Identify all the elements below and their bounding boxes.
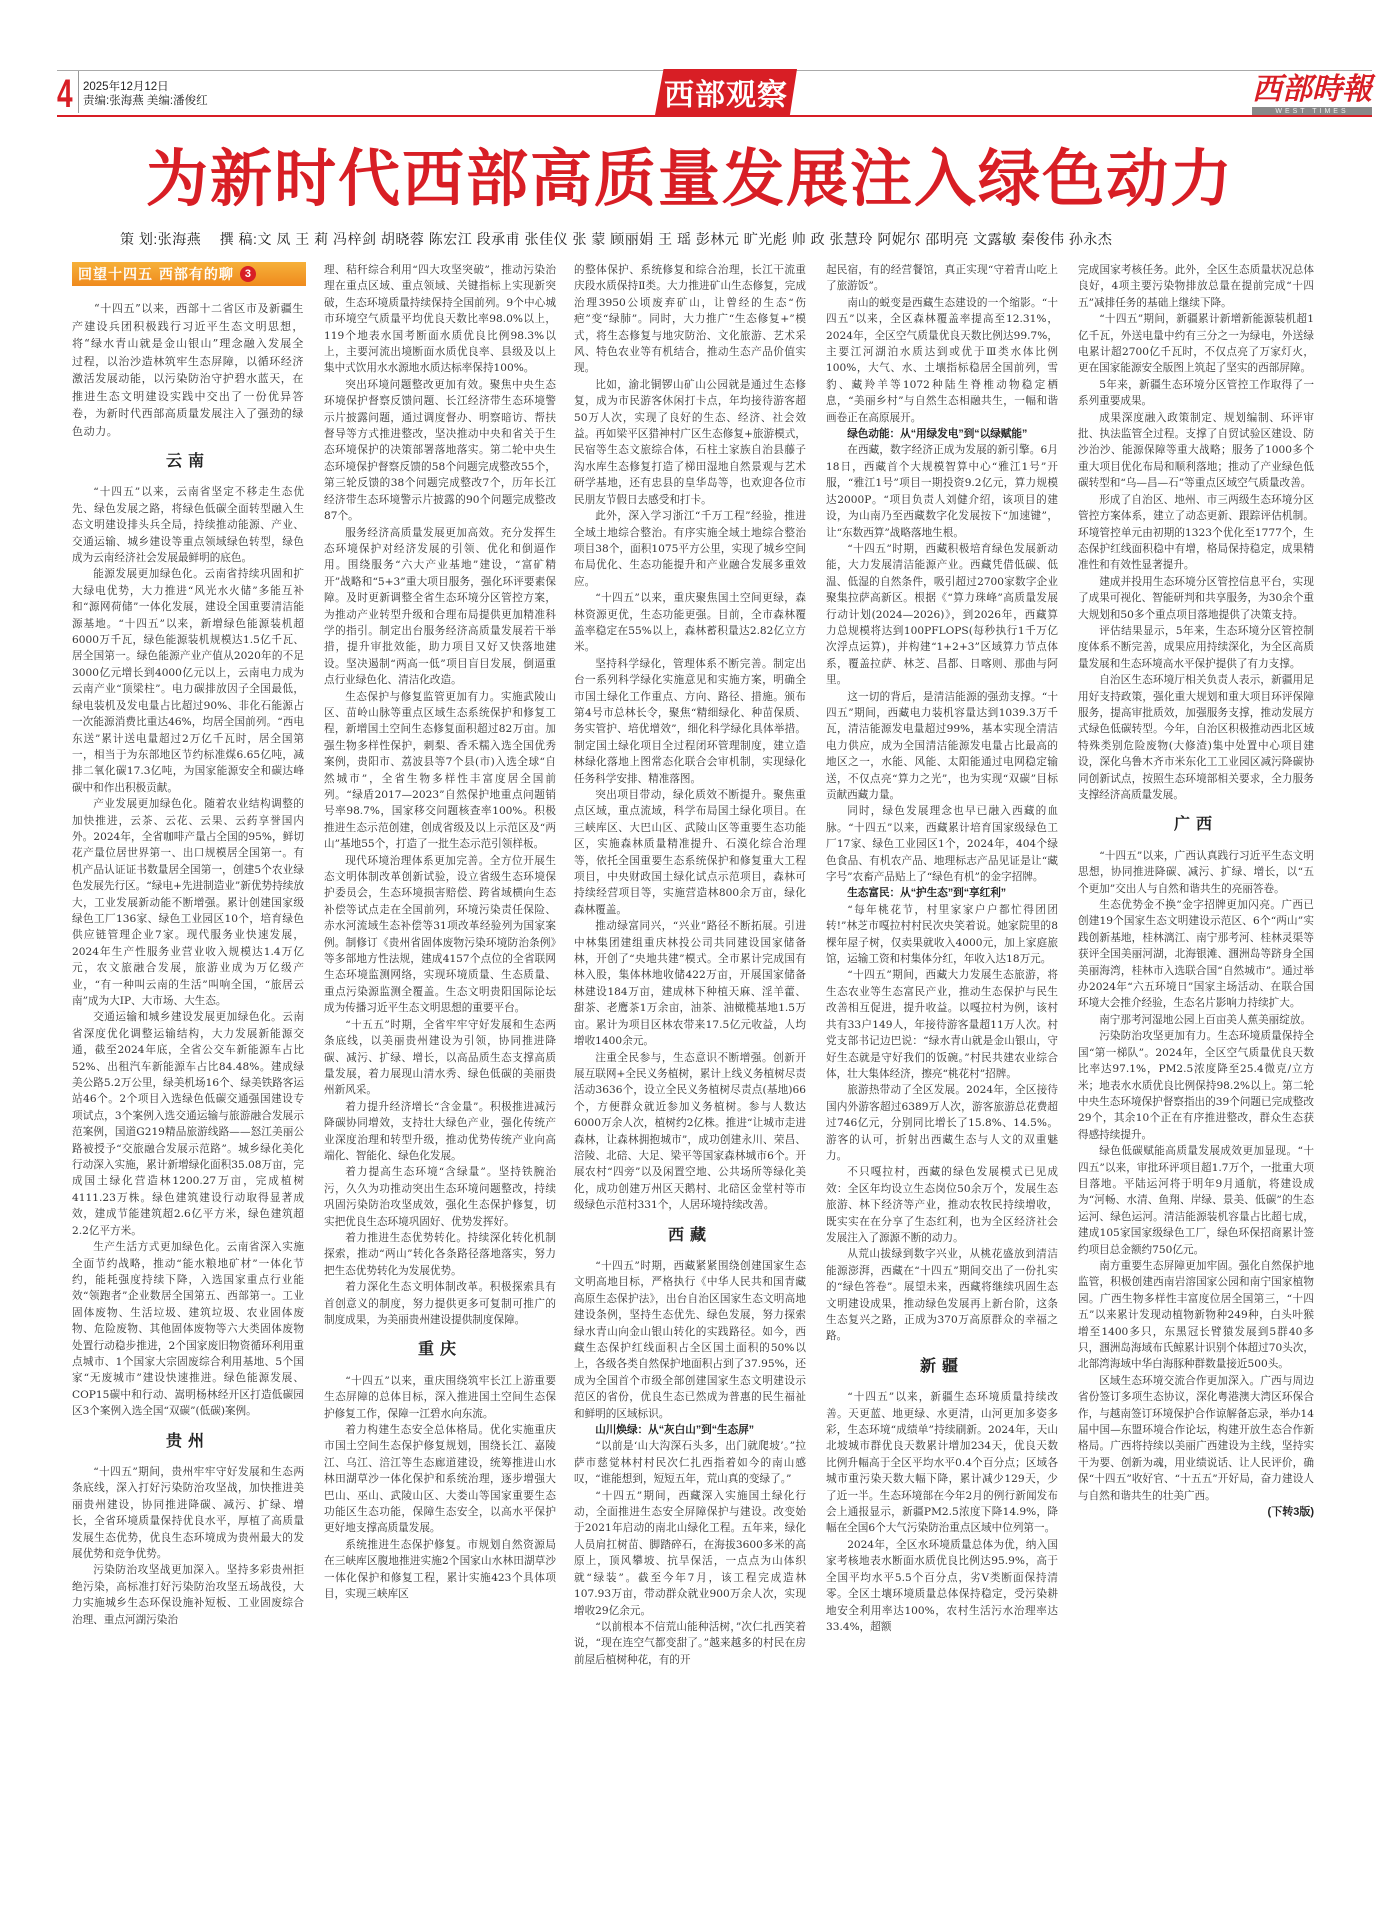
paragraph: 注重全民参与，生态意识不断增强。创新开展互联网+全民义务植树，累计上线义务植树尽… <box>574 1050 806 1214</box>
paragraph: “十四五”以来，云南省坚定不移走生态优先、绿色发展之路，将绿色低碳全面转型融入生… <box>72 484 304 566</box>
paragraph: 服务经济高质量发展更加高效。充分发挥生态环境保护对经济发展的引领、优化和倒逼作用… <box>324 525 556 689</box>
paragraph: 建成并投用生态环境分区管控信息平台，实现了成果可视化、智能研判和共享服务，为30… <box>1078 574 1314 623</box>
section-heading-xinjiang: 新疆 <box>826 1359 1058 1375</box>
paragraph: 形成了自治区、地州、市三两级生态环境分区管控方案体系，建立了动态更新、跟踪评估机… <box>1078 492 1314 574</box>
column-1: “十四五”以来，西部十二省区市及新疆生产建设兵团积极践行习近平生态文明思想，将“… <box>72 300 304 1628</box>
column-5: 完成国家考核任务。此外，全区生态质量状况总体良好，4项主要污染物排放总量在提前完… <box>1078 262 1314 1520</box>
paragraph: 此外，深入学习浙江“千万工程”经验，推进全域土地综合整治。有序实施全域土地综合整… <box>574 508 806 590</box>
paragraph: 的整体保护、系统修复和综合治理，长江干流重庆段水质保持Ⅱ类。大力推进矿山生态修复… <box>574 262 806 377</box>
paragraph: “十四五”时期，西藏紧紧围绕创建国家生态文明高地目标，严格执行《中华人民共和国青… <box>574 1258 806 1422</box>
paragraph: “十四五”时期，西藏积极培育绿色发展新动能，大力发展清洁能源产业。西藏凭借低碳、… <box>826 541 1058 689</box>
paragraph: 污染防治攻坚更加有力。生态环境质量保持全国“第一梯队”。2024年，全区空气质量… <box>1078 1028 1314 1143</box>
paragraph: 污染防治攻坚战更加深入。坚持多彩贵州拒绝污染，高标准打好污染防治攻坚五场战役，大… <box>72 1562 304 1628</box>
subheading: 山川焕绿：从“灰白山”到“生态屏” <box>574 1422 806 1438</box>
column-2: 理、秸秆综合利用“四大攻坚突破”，推动污染治理在重点区域、重点领域、关键指标上实… <box>324 262 556 1603</box>
divider <box>78 71 79 113</box>
paragraph: 突出项目带动，绿化质效不断提升。聚焦重点区域，重点流域，科学布局国土绿化项目。在… <box>574 787 806 918</box>
paragraph: 能源发展更加绿色化。云南省持续巩固和扩大绿电优势，大力推进“风光水火储”多能互补… <box>72 566 304 796</box>
paragraph: “十四五”以来，新疆生态环境质量持续改善。天更蓝、地更绿、水更清，山河更加多姿多… <box>826 1389 1058 1537</box>
logo-cn: 西部時報 <box>1252 73 1372 107</box>
paragraph: 生态优势金不换”金字招牌更加闪亮。广西已创建19个国家生态文明建设示范区、6个“… <box>1078 897 1314 1012</box>
section-heading-chongqing: 重庆 <box>324 1342 556 1358</box>
section-title: 西部观察 <box>664 70 788 114</box>
paragraph: 绿色低碳赋能高质量发展成效更加显现。“十四五”以来，审批环评项目超1.7万个，一… <box>1078 1143 1314 1258</box>
section-badge: 西部观察 <box>655 69 797 115</box>
section-heading-xizang: 西藏 <box>574 1228 806 1244</box>
paragraph: 完成国家考核任务。此外，全区生态质量状况总体良好，4项主要污染物排放总量在提前完… <box>1078 262 1314 311</box>
column-4: 起民宿，有的经营餐馆，真正实现“守着青山吃上了旅游饭”。 南山的蜕变是西藏生态建… <box>826 262 1058 1635</box>
subheading: 生态富民：从“护生态”到“享红利” <box>826 885 1058 901</box>
paragraph: 在西藏，数字经济正成为发展的新引擎。6月18日，西藏首个大规模智算中心“雅江1号… <box>826 442 1058 540</box>
paragraph: 理、秸秆综合利用“四大攻坚突破”，推动污染治理在重点区域、重点领域、关键指标上实… <box>324 262 556 377</box>
paragraph: 自治区生态环境厅相关负责人表示，新疆用足用好支持政策，强化重大规划和重大项目环评… <box>1078 672 1314 803</box>
paragraph: “十四五”期间，西藏深入实施国土绿化行动，全面推进生态安全屏障保护与建设。改变始… <box>574 1488 806 1619</box>
newspaper-logo: 西部時報 WEST TIMES <box>1252 73 1372 116</box>
paragraph: 生态保护与修复监管更加有力。实施武陵山区、苗岭山脉等重点区域生态系统保护和修复工… <box>324 689 556 853</box>
paragraph: 南山的蜕变是西藏生态建设的一个缩影。“十四五”以来，全区森林覆盖率提高至12.3… <box>826 295 1058 426</box>
headline: 为新时代西部高质量发展注入绿色动力 <box>0 140 1380 220</box>
paragraph: 5年来，新疆生态环境分区管控工作取得了一系列重要成果。 <box>1078 377 1314 410</box>
section-heading-yunnan: 云南 <box>72 454 304 470</box>
paragraph: 旅游热带动了全区发展。2024年，全区接待国内外游客超过6389万人次，游客旅游… <box>826 1082 1058 1164</box>
paragraph: 从荒山拔绿到数字兴业，从桃花盛放到清洁能源澎湃，西藏在“十四五”期间交出了一份扎… <box>826 1246 1058 1344</box>
issue-info: 2025年12月12日 责编:张海燕 美编:潘俊红 <box>83 80 208 108</box>
paragraph: “十四五”期间，新疆累计新增新能源装机超1亿千瓦，外送电量中约有三分之一为绿电，… <box>1078 311 1314 377</box>
paragraph: 生产生活方式更加绿色化。云南省深入实施全面节约战略，推动“能水粮地矿材”一体化节… <box>72 1239 304 1419</box>
paragraph: “十四五”以来，重庆聚焦国土空间更绿，森林资源更优，生态功能更强。目前，全市森林… <box>574 590 806 656</box>
paragraph: 着力提高生态环境“含绿量”。坚持铁腕治污，久久为功推动突出生态环境问题整改，持续… <box>324 1164 556 1230</box>
paragraph: 产业发展更加绿色化。随着农业结构调整的加快推进，云茶、云花、云果、云药享誉国内外… <box>72 796 304 1009</box>
paragraph: “十四五”期间，西藏大力发展生态旅游，将生态农业等生态富民产业，推动生态保护与民… <box>826 967 1058 1082</box>
subheading: 绿色动能：从“用绿发电”到“以绿赋能” <box>826 426 1058 442</box>
red-rule <box>57 115 1372 117</box>
paragraph: “十四五”以来，重庆围绕筑牢长江上游重要生态屏障的总体目标，深入推进国土空间生态… <box>324 1373 556 1422</box>
paragraph: 这一切的背后，是清洁能源的强劲支撑。“十四五”期间，西藏电力装机容量达到1039… <box>826 689 1058 804</box>
editors: 责编:张海燕 美编:潘俊红 <box>83 94 208 108</box>
masthead: 4 2025年12月12日 责编:张海燕 美编:潘俊红 西部观察 西部時報 WE… <box>57 70 1372 117</box>
paragraph: “十四五”期间，贵州牢牢守好发展和生态两条底线，深入打好污染防治攻坚战，加快推进… <box>72 1464 304 1562</box>
paragraph: 评估结果显示，5年来，生态环境分区管控制度体系不断完善，成果应用持续深化，为全区… <box>1078 623 1314 672</box>
section-heading-guangxi: 广西 <box>1078 817 1314 833</box>
paragraph: 着力提升经济增长“含金量”。积极推进减污降碳协同增效，支持壮大绿色产业，强化传统… <box>324 1099 556 1165</box>
paragraph: 2024年，全区水环境质量总体为优，纳入国家考核地表水断面水质优良比例达95.9… <box>826 1537 1058 1635</box>
paragraph: 南方重要生态屏障更加牢固。强化自然保护地监管，积极创建西南岩溶国家公园和南宁国家… <box>1078 1258 1314 1373</box>
column-3: 的整体保护、系统修复和综合治理，长江干流重庆段水质保持Ⅱ类。大力推进矿山生态修复… <box>574 262 806 1668</box>
writers: 撰 稿:文 凤 王 莉 冯梓剑 胡晓蓉 陈宏江 段承甫 张佳仪 张 蒙 顾丽娟 … <box>220 231 1113 247</box>
paragraph: 现代环境治理体系更加完善。全方位开展生态文明体制改革创新试验，设立省级生态环境保… <box>324 853 556 1017</box>
paragraph: 着力推进生态优势转化。持续深化转化机制探索，推动“两山”转化各条路径落地落实，努… <box>324 1230 556 1279</box>
section-heading-guizhou: 贵州 <box>72 1434 304 1450</box>
paragraph: “以前根本不信荒山能种活树，”次仁扎西笑着说，“现在连空气都变甜了。”越来越多的… <box>574 1619 806 1668</box>
byline: 策 划:张海燕 撰 稿:文 凤 王 莉 冯梓剑 胡晓蓉 陈宏江 段承甫 张佳仪 … <box>120 229 1126 249</box>
paragraph: 比如，渝北铜锣山矿山公园就是通过生态修复，成为市民游客休闲打卡点，年均接待游客超… <box>574 377 806 508</box>
paragraph: 成果深度融入政策制定、规划编制、环评审批、执法监管全过程。支撑了自贸试验区建设、… <box>1078 410 1314 492</box>
paragraph: 着力构建生态安全总体格局。优化实施重庆市国土空间生态保护修复规划，围绕长江、嘉陵… <box>324 1422 556 1537</box>
lead-paragraph: “十四五”以来，西部十二省区市及新疆生产建设兵团积极践行习近平生态文明思想，将“… <box>72 300 304 440</box>
paragraph: 区域生态环境交流合作更加深入。广西与周边省份签订多项生态协议，深化粤港澳大湾区环… <box>1078 1373 1314 1504</box>
paragraph: “十五五”时期，全省牢牢守好发展和生态两条底线，以美丽贵州建设为引领，协同推进降… <box>324 1017 556 1099</box>
series-label: 回望十四五 西部有的聊 <box>78 264 234 284</box>
series-number: 3 <box>240 266 256 282</box>
paragraph: 不只嘎拉村，西藏的绿色发展模式已见成效：全区年均设立生态岗位50余万个，发展生态… <box>826 1164 1058 1246</box>
issue-date: 2025年12月12日 <box>83 80 208 94</box>
paragraph: 坚持科学绿化，管理体系不断完善。制定出台一系列科学绿化实施意见和实施方案，明确全… <box>574 656 806 787</box>
series-tag: 回望十四五 西部有的聊 3 <box>72 262 306 286</box>
paragraph: 推动绿富同兴，“兴业”路径不断拓展。引进中林集团建组重庆林投公司共同建设国家储备… <box>574 918 806 1049</box>
paragraph: “十四五”以来，广西认真践行习近平生态文明思想，协同推进降碳、减污、扩绿、增长，… <box>1078 848 1314 897</box>
continued-on-page-3[interactable]: (下转3版) <box>1078 1504 1314 1520</box>
paragraph: “每年桃花节，村里家家户户都忙得团团转!”林芝市嘎拉村村民次央笑着说。她家院里的… <box>826 902 1058 968</box>
page-number: 4 <box>57 75 73 113</box>
paragraph: 交通运输和城乡建设发展更加绿色化。云南省深度优化调整运输结构，大力发展新能源交通… <box>72 1009 304 1239</box>
paragraph: 南宁那考河湿地公园上百亩美人蕉美丽绽放。 <box>1078 1012 1314 1028</box>
paragraph: 同时，绿色发展理念也早已融入西藏的血脉。“十四五”以来，西藏累计培育国家级绿色工… <box>826 803 1058 885</box>
paragraph: 起民宿，有的经营餐馆，真正实现“守着青山吃上了旅游饭”。 <box>826 262 1058 295</box>
planner: 策 划:张海燕 <box>120 231 201 247</box>
paragraph: 突出环境问题整改更加有效。聚焦中央生态环境保护督察反馈问题、长江经济带生态环境警… <box>324 377 556 525</box>
paragraph: 系统推进生态保护修复。市规划自然资源局在三峡库区腹地推进实施2个国家山水林田湖草… <box>324 1537 556 1603</box>
paragraph: 着力深化生态文明体制改革。积极探索具有首创意义的制度，努力提供更多可复制可推广的… <box>324 1279 556 1328</box>
paragraph: “以前是‘山大沟深石头多，出门就爬坡’。”拉萨市慈觉林村村民次仁扎西指着如今的南… <box>574 1438 806 1487</box>
